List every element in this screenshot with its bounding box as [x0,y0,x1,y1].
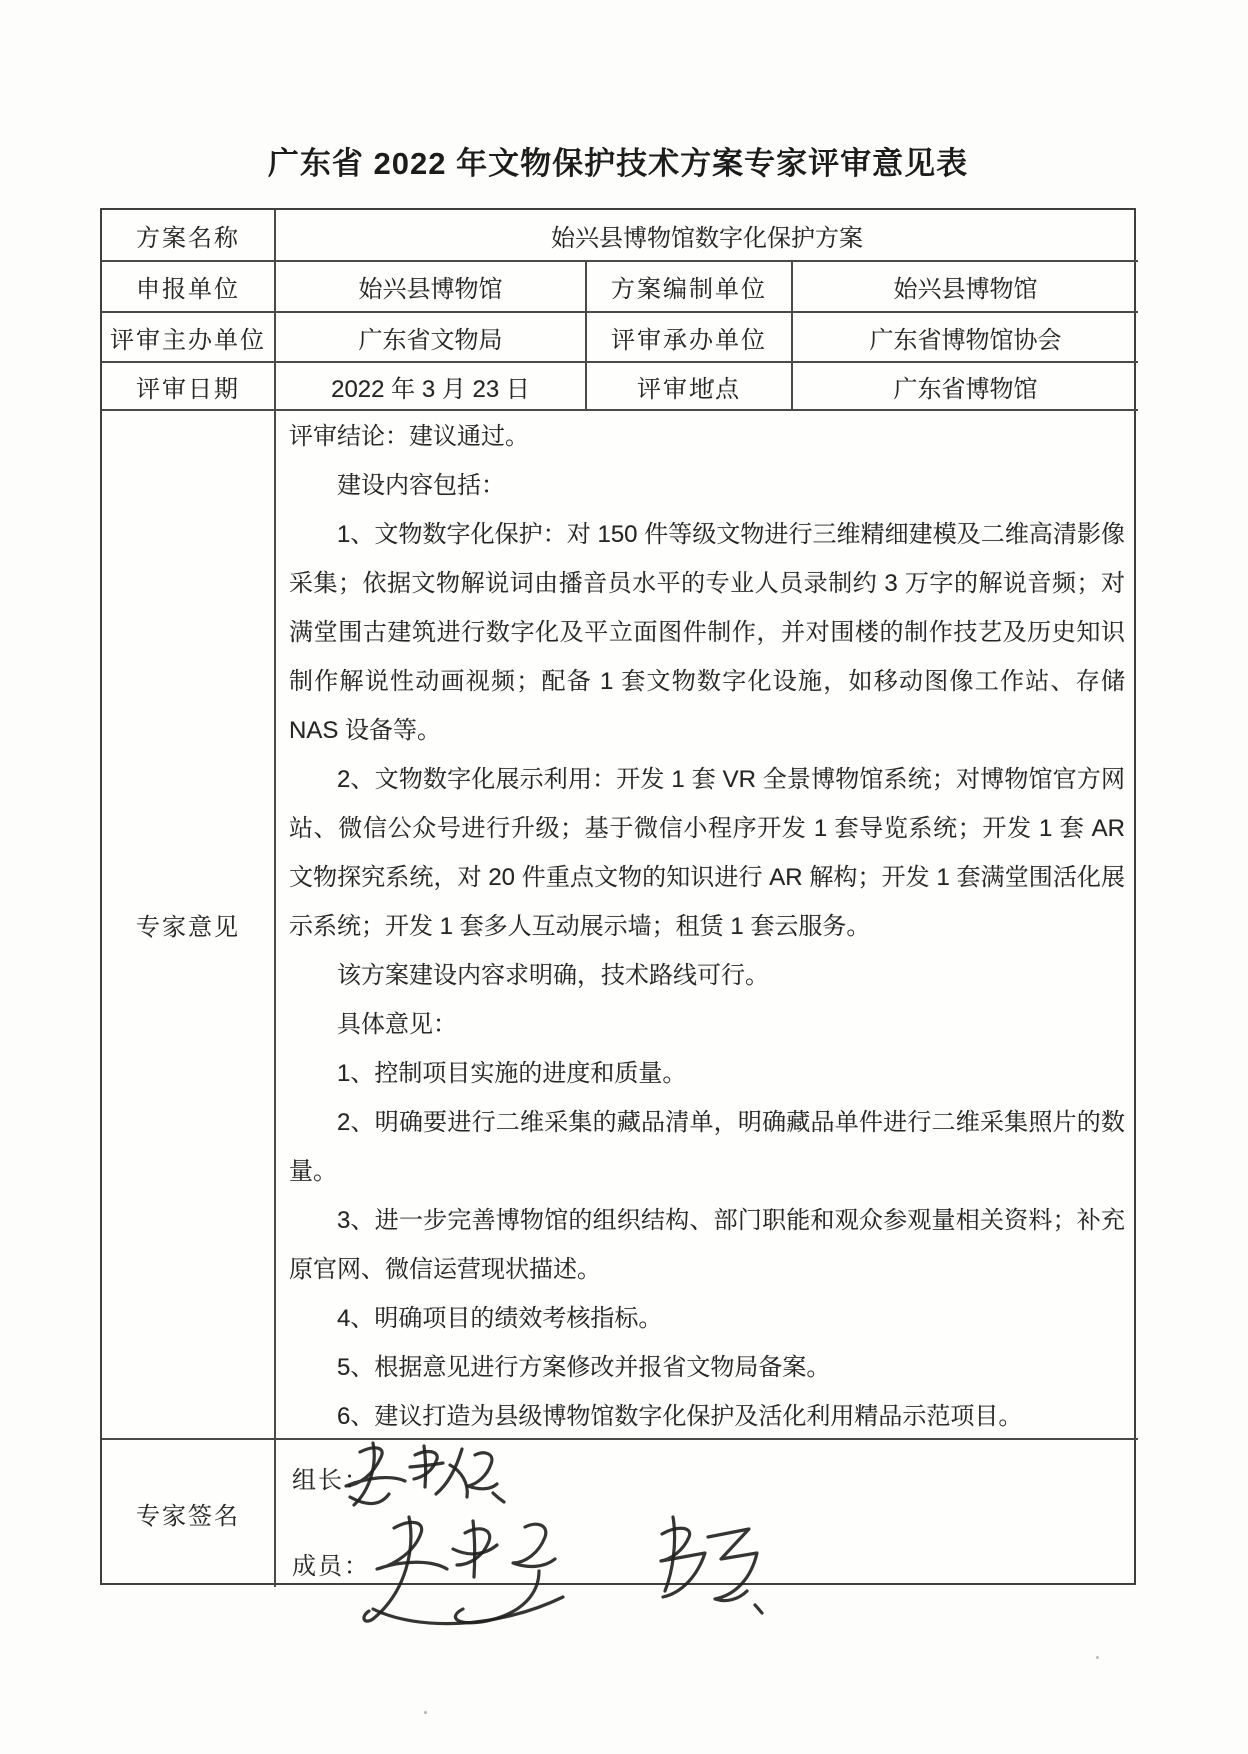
expert-signature-content: 组长： 成员： [276,1440,1138,1587]
opinion-paragraph: 2、明确要进行二维采集的藏品清单，明确藏品单件进行二维采集照片的数量。 [289,1098,1125,1196]
members-signature-handwriting [364,1517,762,1624]
review-host-value: 广东省文物局 [276,313,587,363]
plan-name-value: 始兴县博物馆数字化保护方案 [276,210,1138,262]
review-location-label: 评审地点 [587,363,793,411]
plan-compiler-value: 始兴县博物馆 [793,262,1138,313]
review-date-label: 评审日期 [102,363,276,411]
review-location-value: 广东省博物馆 [793,363,1138,411]
opinion-paragraph: 1、控制项目实施的进度和质量。 [289,1049,1125,1098]
scanned-review-form-page: 广东省 2022 年文物保护技术方案专家评审意见表 方案名称 始兴县博物馆数字化… [0,0,1248,1754]
opinion-paragraph: 6、建议打造为县级博物馆数字化保护及活化利用精品示范项目。 [289,1392,1125,1441]
opinion-paragraph: 2、文物数字化展示利用：开发 1 套 VR 全景博物馆系统；对博物馆官方网站、微… [289,755,1125,951]
scan-speck [424,1711,427,1714]
applicant-label: 申报单位 [102,262,276,313]
opinion-paragraph: 5、根据意见进行方案修改并报省文物局备案。 [289,1343,1125,1392]
expert-opinion-label: 专家意见 [102,411,276,1440]
review-organizer-value: 广东省博物馆协会 [793,313,1138,363]
applicant-value: 始兴县博物馆 [276,262,587,313]
review-organizer-label: 评审承办单位 [587,313,793,363]
plan-name-label: 方案名称 [102,210,276,262]
leader-signature-handwriting [346,1443,504,1505]
review-table: 方案名称 始兴县博物馆数字化保护方案 申报单位 始兴县博物馆 方案编制单位 始兴… [100,208,1136,1585]
review-date-value: 2022 年 3 月 23 日 [276,363,587,411]
scan-speck [710,379,714,383]
opinion-paragraph: 评审结论：建议通过。 [289,412,1125,461]
expert-opinion-content: 评审结论：建议通过。 建设内容包括： 1、文物数字化保护：对 150 件等级文物… [276,411,1138,1440]
review-host-label: 评审主办单位 [102,313,276,363]
opinion-paragraph: 1、文物数字化保护：对 150 件等级文物进行三维精细建模及二维高清影像采集；依… [289,510,1125,755]
handwritten-signatures [276,1440,1138,1650]
plan-compiler-label: 方案编制单位 [587,262,793,313]
page-title: 广东省 2022 年文物保护技术方案专家评审意见表 [100,138,1136,183]
expert-signature-label: 专家签名 [102,1440,276,1587]
opinion-paragraph: 具体意见： [289,1000,1125,1049]
opinion-paragraph: 建设内容包括： [289,461,1125,510]
opinion-paragraph: 3、进一步完善博物馆的组织结构、部门职能和观众参观量相关资料；补充原官网、微信运… [289,1196,1125,1294]
scan-speck [1096,1656,1099,1659]
opinion-paragraph: 4、明确项目的绩效考核指标。 [289,1294,1125,1343]
opinion-paragraph: 该方案建设内容求明确，技术路线可行。 [289,951,1125,1000]
